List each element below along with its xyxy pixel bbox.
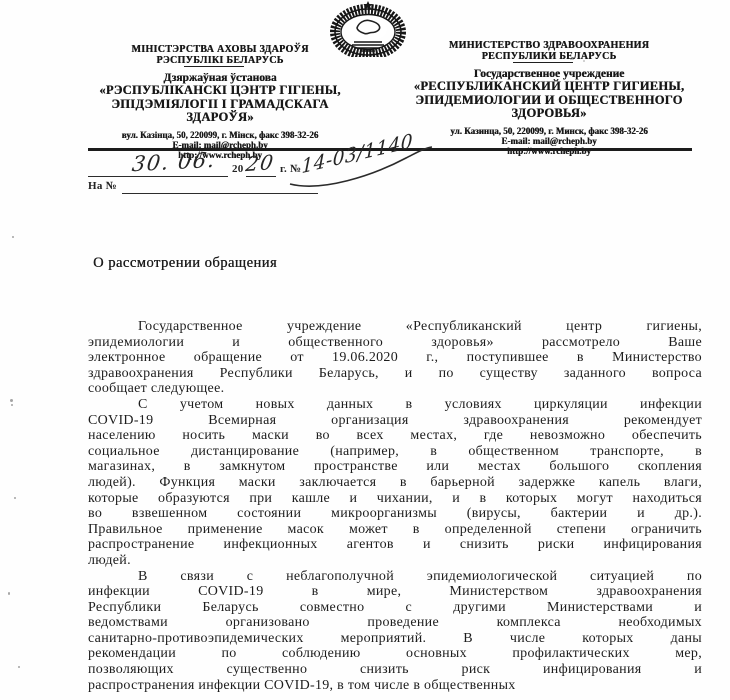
- org-address-ru: ул. Казинца, 50, 220099, г. Минск, факс …: [413, 126, 685, 136]
- scan-noise-speck: [11, 404, 13, 406]
- body-text-line: людей.: [88, 553, 702, 569]
- letterhead-right: МИНИСТЕРСТВО ЗДРАВООХРАНЕНИЯ РЕСПУБЛИКИ …: [413, 40, 685, 156]
- org-address-by: вул. Казінца, 50, 220099, г. Мінск, факс…: [85, 130, 355, 140]
- body-text-line: Государственное учреждение «Республиканс…: [88, 319, 702, 335]
- body-text-line: социальное дистанцирование (например, в …: [88, 444, 702, 460]
- body-text-line: инфекции COVID-19 в мире, Министерством …: [88, 584, 702, 600]
- scanned-letter-page: МІНІСТЭРСТВА АХОВЫ ЗДАРОЎЯ РЭСПУБЛІКІ БЕ…: [0, 0, 730, 700]
- body-text-line: людей). Функция маски заключается в барь…: [88, 475, 702, 491]
- body-text-line: которые образуются при кашле и чихании, …: [88, 491, 702, 507]
- ministry-name-ru-line2: РЕСПУБЛИКИ БЕЛАРУСЬ: [413, 51, 685, 62]
- body-text-line: COVID-19 Всемирная организация здравоохр…: [88, 413, 702, 429]
- body-text-line: Республики Беларусь совместно с другими …: [88, 600, 702, 616]
- scan-noise-speck: [8, 592, 10, 595]
- ministry-name-by-line1: МІНІСТЭРСТВА АХОВЫ ЗДАРОЎЯ: [85, 44, 355, 55]
- letterhead-left: МІНІСТЭРСТВА АХОВЫ ЗДАРОЎЯ РЭСПУБЛІКІ БЕ…: [85, 44, 355, 160]
- body-text-line: санитарно-противоэпидемических мероприят…: [88, 631, 702, 647]
- body-text-line: распространения инфекции COVID-19, в том…: [88, 678, 702, 694]
- org-name-by-line1: «РЭСПУБЛІКАНСКІ ЦЭНТР ГІГІЕНЫ,: [85, 84, 355, 98]
- body-text-line: распространение инфекционных агентов и с…: [88, 537, 702, 553]
- body-text-line: В связи с неблагополучной эпидемиологиче…: [88, 569, 702, 585]
- body-text-line: магазинах, в замкнутом пространстве или …: [88, 459, 702, 475]
- year-prefix-label: 20: [232, 163, 244, 175]
- scan-noise-speck: [570, 58, 574, 60]
- body-text-line: позволяющих существенно снизить риск инф…: [88, 662, 702, 678]
- org-name-ru-line3: ЗДОРОВЬЯ»: [413, 107, 685, 121]
- org-name-by-line2: ЭПІДЭМІЯЛОГІІ І ГРАМАДСКАГА: [85, 98, 355, 112]
- year-blank-line: [246, 176, 276, 177]
- org-name-by-line3: ЗДАРОЎЯ»: [85, 111, 355, 125]
- ministry-name-by-line2: РЭСПУБЛІКІ БЕЛАРУСЬ: [85, 55, 355, 66]
- org-email-ru: E-mail: mail@rcheph.by: [413, 136, 685, 146]
- org-name-ru-line2: ЭПИДЕМИОЛОГИИ И ОБЩЕСТВЕННОГО: [413, 94, 685, 108]
- scan-noise-speck: [583, 60, 585, 62]
- body-text-line: здравоохранения Республики Беларусь, и п…: [88, 366, 702, 382]
- body-text-line: С учетом новых данных в условиях циркуля…: [88, 397, 702, 413]
- scan-noise-speck: [12, 236, 14, 238]
- handwritten-date: 30. 06.: [131, 148, 218, 177]
- scan-noise-speck: [10, 399, 13, 402]
- reply-to-number-label: На №: [88, 180, 117, 192]
- scan-noise-speck: [18, 666, 20, 668]
- scan-noise-speck: [14, 497, 16, 499]
- body-text-line: рекомендации по соблюдению основных проф…: [88, 646, 702, 662]
- body-text-line: эпидемиологии и общественного здоровья» …: [88, 335, 702, 351]
- date-blank-line: [88, 176, 228, 177]
- letter-body: Государственное учреждение «Республиканс…: [88, 319, 702, 693]
- body-text-line: ведомствами организовано проведение комп…: [88, 615, 702, 631]
- body-text-line: электронное обращение от 19.06.2020 г., …: [88, 350, 702, 366]
- body-text-line: Правильное применение масок может в опре…: [88, 522, 702, 538]
- handwritten-year: 20: [244, 150, 276, 176]
- ministry-name-ru-line1: МИНИСТЕРСТВО ЗДРАВООХРАНЕНИЯ: [413, 40, 685, 51]
- body-text-line: населению носить маски во всех местах, г…: [88, 428, 702, 444]
- body-text-line: во взвешенном состоянии микроорганизмы (…: [88, 506, 702, 522]
- handwritten-flourish: [286, 146, 436, 194]
- letter-subject: О рассмотрении обращения: [93, 255, 277, 272]
- body-text-line: сообщает следующее.: [88, 381, 702, 397]
- org-name-ru-line1: «РЕСПУБЛИКАНСКИЙ ЦЕНТР ГИГИЕНЫ,: [413, 80, 685, 94]
- reply-number-blank-line: [122, 193, 318, 194]
